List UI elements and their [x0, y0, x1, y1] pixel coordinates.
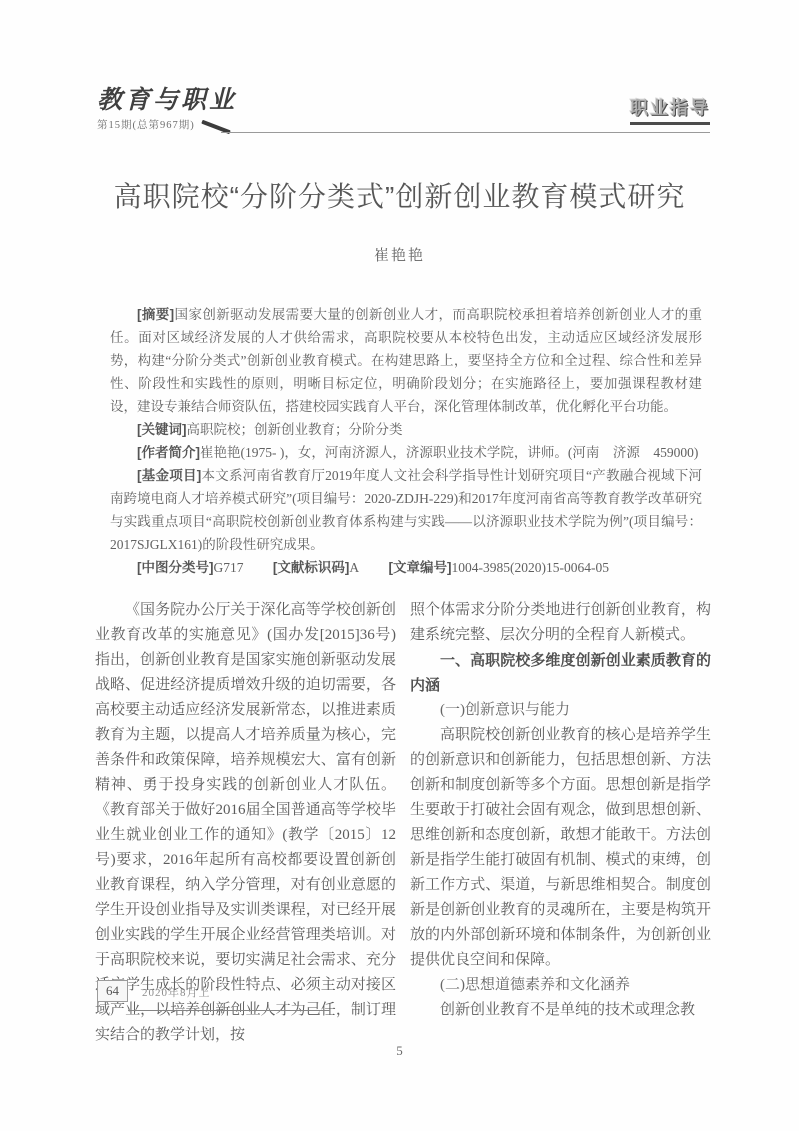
doc-code-label: [文献标识码] [273, 560, 350, 575]
clc-value: G717 [214, 560, 244, 575]
header-rule [221, 132, 710, 133]
article-title: 高职院校“分阶分类式”创新创业教育模式研究 [0, 175, 799, 215]
author-bio-paragraph: [作者简介]崔艳艳(1975- )，女，河南济源人，济源职业技术学院，讲师。(河… [110, 441, 702, 464]
journal-page-number: 64 [97, 980, 128, 1002]
section-heading-1: 一、高职院校多维度创新创业素质教育的内涵 [410, 648, 711, 698]
column-section-badge: 职业指导 [630, 94, 710, 125]
sub-heading-1: (一)创新意识与能力 [410, 698, 711, 723]
article-author: 崔艳艳 [0, 244, 799, 265]
clc-label: [中图分类号] [137, 560, 214, 575]
doc-code-group: [文献标识码]A [273, 560, 359, 575]
journal-footer: 64 2020年8月上 [97, 980, 330, 1011]
body-paragraph-continuation: 照个体需求分阶分类地进行创新创业教育，构建系统完整、层次分明的全程育人新模式。 [410, 598, 711, 648]
column-badge-underline [630, 122, 710, 125]
author-bio-text: 崔艳艳(1975- )，女，河南济源人，济源职业技术学院，讲师。(河南 济源 4… [200, 445, 698, 460]
issue-date: 2020年8月上 [128, 980, 330, 1011]
doc-code-value: A [349, 560, 359, 575]
author-bio-label: [作者简介] [137, 445, 200, 460]
classification-line: [中图分类号]G717 [文献标识码]A [文章编号]1004-3985(202… [110, 556, 702, 579]
abstract-text: 国家创新驱动发展需要大量的创新创业人才，而高职院校承担着培养创新创业人才的重任。… [110, 307, 702, 414]
article-id-group: [文章编号]1004-3985(2020)15-0064-05 [389, 560, 609, 575]
scan-page-number: 5 [0, 1043, 799, 1059]
abstract-label: [摘要] [137, 307, 174, 322]
fund-project-label: [基金项目] [137, 468, 201, 483]
journal-page-scan: 教育与职业 第15期(总第967期) 职业指导 高职院校“分阶分类式”创新创业教… [0, 0, 799, 1131]
keywords-paragraph: [关键词]高职院校；创新创业教育；分阶分类 [110, 418, 702, 441]
article-id-value: 1004-3985(2020)15-0064-05 [452, 560, 609, 575]
column-badge-label: 职业指导 [630, 94, 710, 120]
right-column: 照个体需求分阶分类地进行创新创业教育，构建系统完整、层次分明的全程育人新模式。 … [410, 598, 711, 1048]
page-header: 教育与职业 第15期(总第967期) 职业指导 [97, 86, 710, 142]
keywords-label: [关键词] [137, 422, 187, 437]
abstract-paragraph: [摘要]国家创新驱动发展需要大量的创新创业人才，而高职院校承担着培养创新创业人才… [110, 303, 702, 418]
clc-group: [中图分类号]G717 [137, 560, 244, 575]
issue-info: 第15期(总第967期) [97, 117, 710, 132]
journal-logo: 教育与职业 [97, 86, 710, 114]
keywords-text: 高职院校；创新创业教育；分阶分类 [187, 422, 403, 437]
article-id-label: [文章编号] [389, 560, 452, 575]
fund-project-paragraph: [基金项目]本文系河南省教育厅2019年度人文社会科学指导性计划研究项目“产教融… [110, 464, 702, 556]
body-paragraph-3: 创新创业教育不是单纯的技术或理念教 [410, 998, 711, 1023]
frontmatter: [摘要]国家创新驱动发展需要大量的创新创业人才，而高职院校承担着培养创新创业人才… [110, 303, 702, 579]
body-paragraph-2: 高职院校创新创业教育的核心是培养学生的创新意识和创新能力，包括思想创新、方法创新… [410, 723, 711, 973]
sub-heading-2: (二)思想道德素养和文化涵养 [410, 973, 711, 998]
